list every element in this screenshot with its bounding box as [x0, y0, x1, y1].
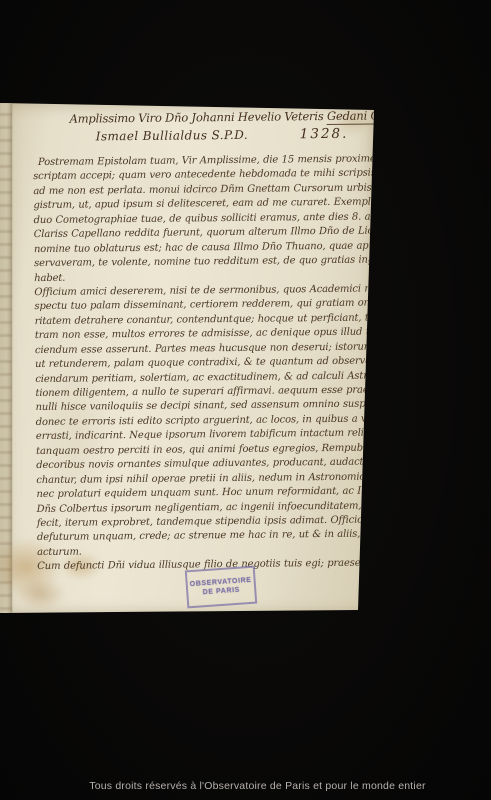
header-sender-line: Ismael Bullialdus S.P.D.: [96, 128, 248, 144]
archive-number: 1328.: [300, 126, 349, 143]
copyright-caption: Tous droits réservés à l'Observatoire de…: [12, 780, 491, 792]
letter-page: Amplissimo Viro Dño Johanni Hevelio Vete…: [0, 100, 378, 618]
manuscript-body: Postremam Epistolam tuam, Vir Amplissime…: [33, 152, 382, 574]
manuscript-content: Amplissimo Viro Dño Johanni Hevelio Vete…: [0, 96, 383, 618]
manuscript-photo: Amplissimo Viro Dño Johanni Hevelio Vete…: [0, 0, 491, 800]
header-recipient-underlined: Gedani Consuli: [327, 108, 413, 125]
header-recipient-line: Amplissimo Viro Dño Johanni Hevelio Vete…: [69, 108, 412, 126]
stamp-line-2: DE PARIS: [202, 586, 240, 597]
header-recipient-text: Amplissimo Viro Dño Johanni Hevelio Vete…: [69, 109, 327, 126]
observatory-stamp: OBSERVATOIRE DE PARIS: [185, 566, 257, 609]
